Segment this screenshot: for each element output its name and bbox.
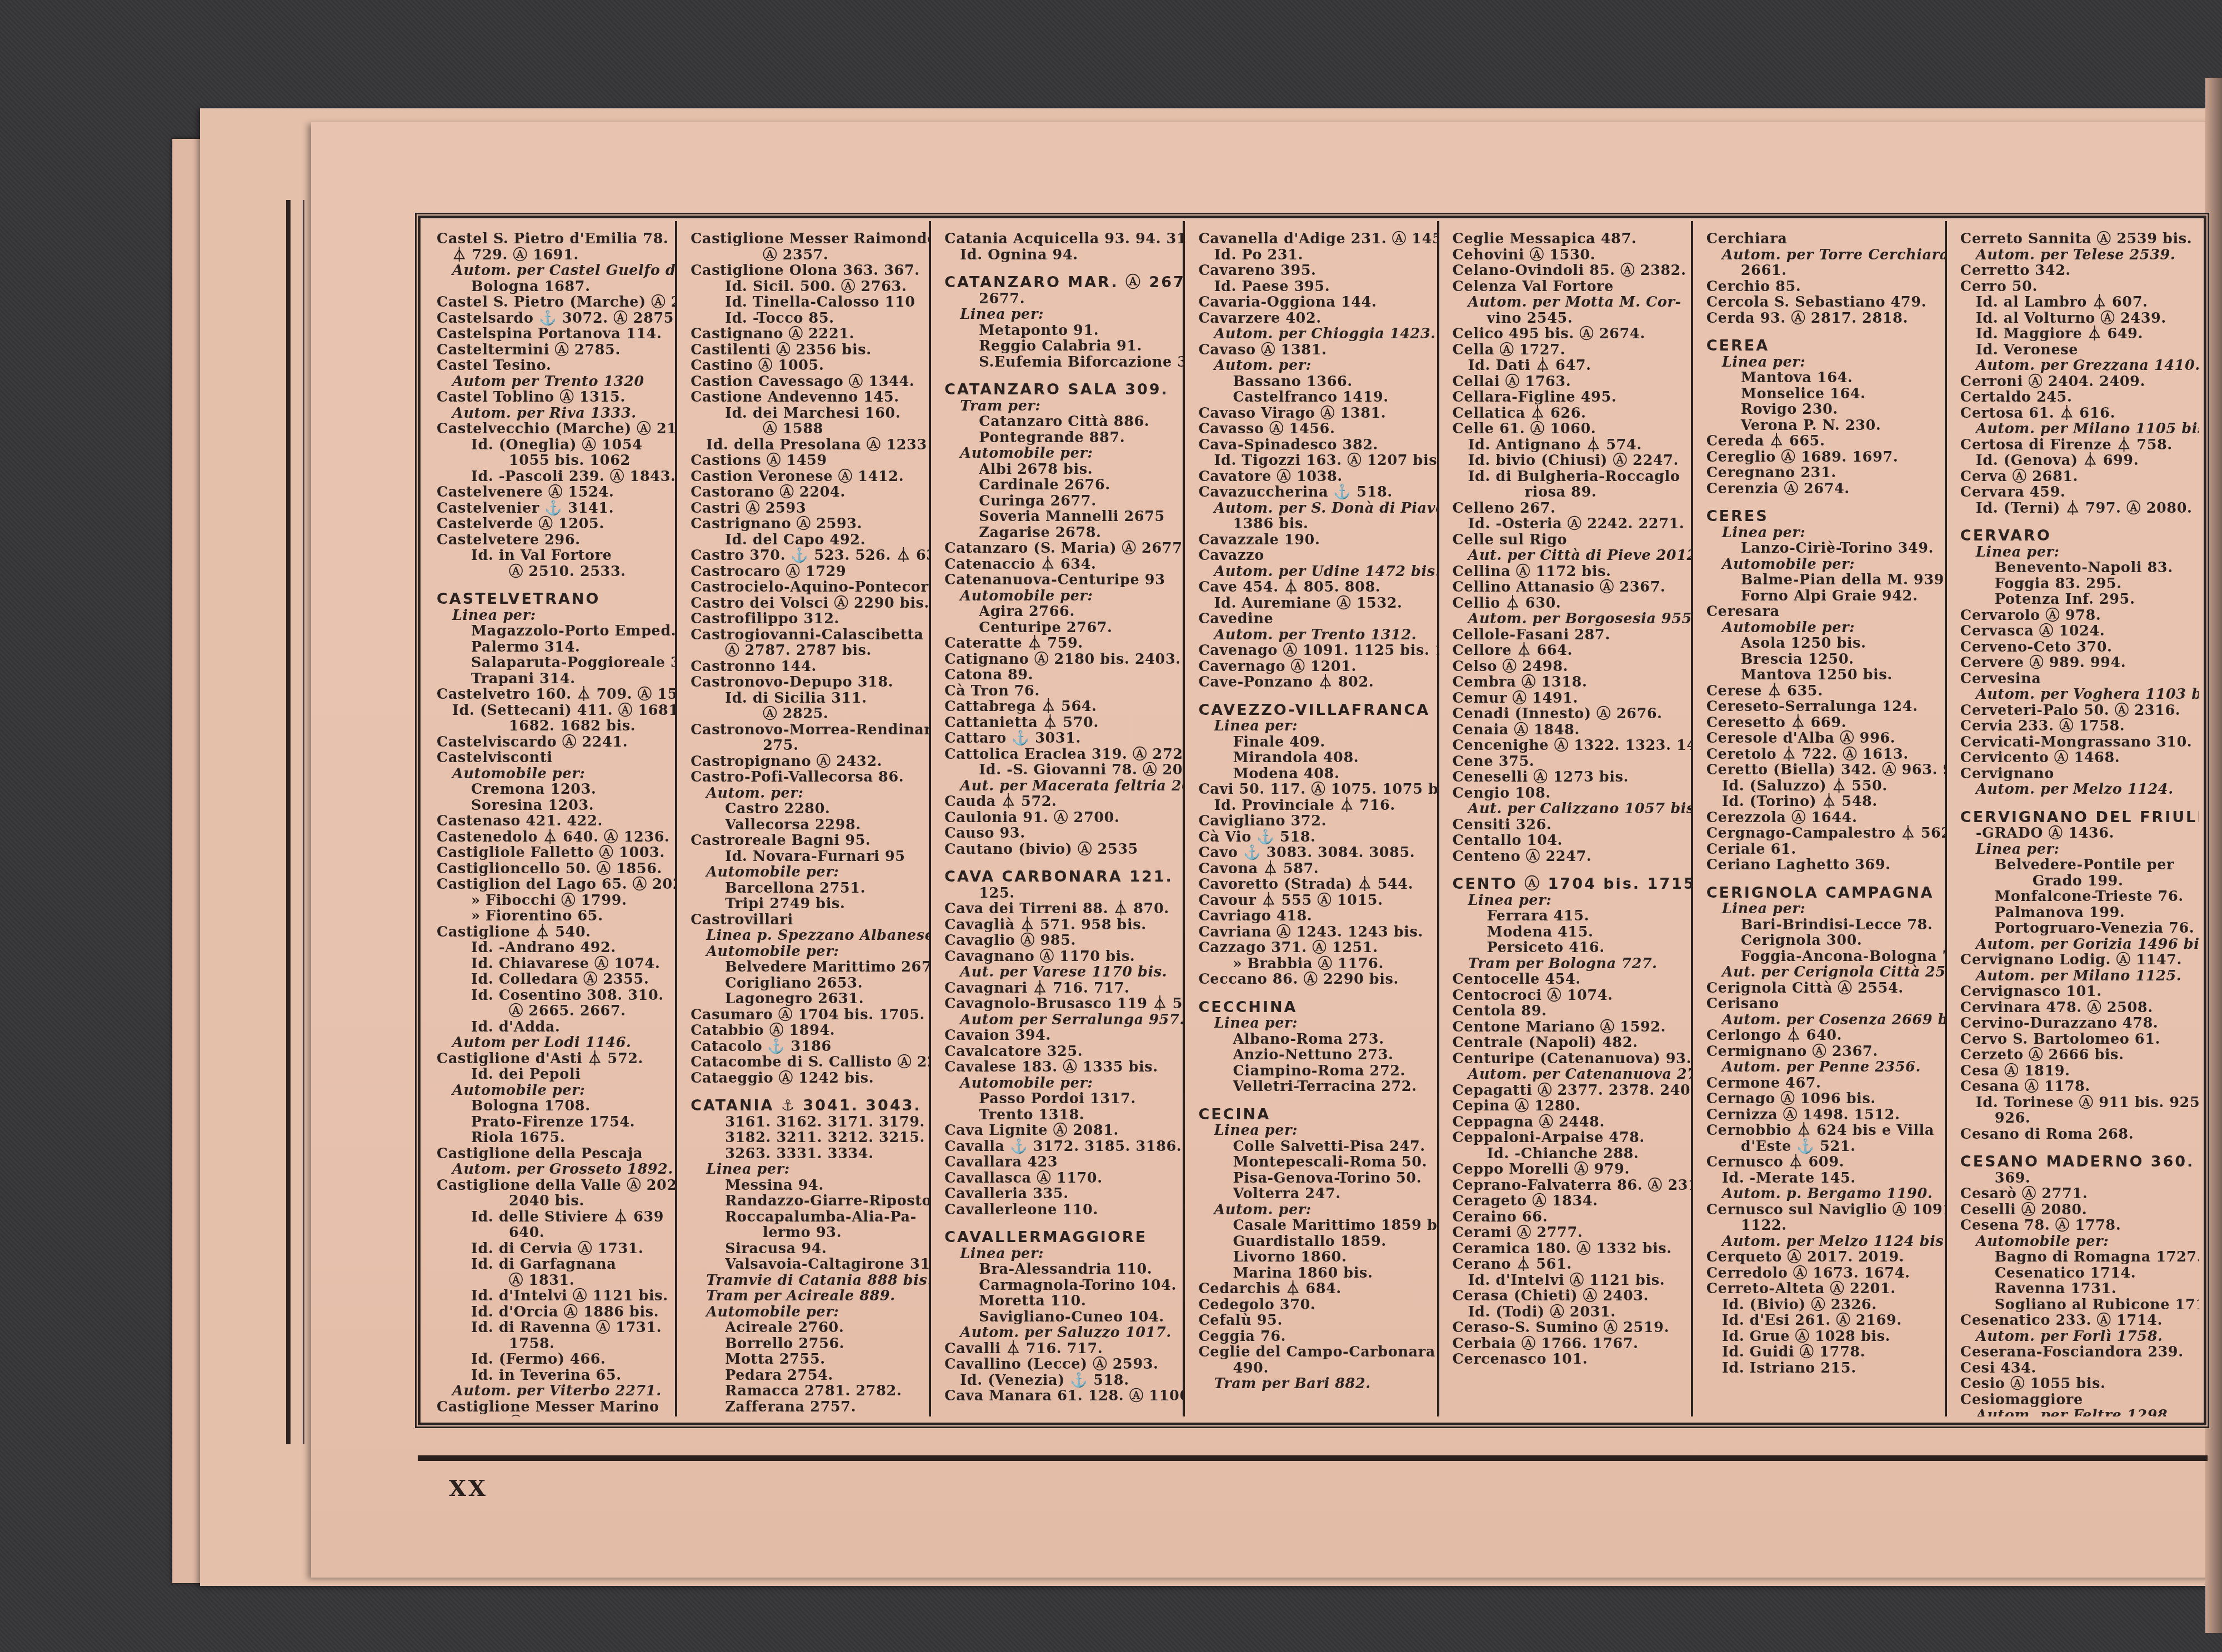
index-entry: Pontegrande 887. [944,430,1177,446]
index-entry: Cesiomaggiore [1960,1392,2193,1408]
index-entry: Automobile per: [437,1083,669,1099]
index-entry: Id. dei Marchesi 160. [690,406,923,422]
index-column-7: Cerreto Sannita Ⓐ 2539 bis.Autom. per Te… [1947,221,2199,1416]
index-section-heading: CAVA CARBONARA 121. [944,869,1177,885]
index-entry: Cava Lignite Ⓐ 2081. [944,1123,1177,1139]
index-entry: Id. (Genova) ⏃ 699. [1960,453,2193,469]
index-entry: Prato-Firenze 1754. [437,1114,669,1130]
index-entry: Anzio-Nettuno 273. [1198,1047,1431,1063]
index-section-heading: CASTELVETRANO [437,592,669,608]
index-entry: Monfalcone-Trieste 76. [1960,889,2193,905]
index-entry: Bagno di Romagna 1727. [1960,1249,2193,1265]
index-entry: Autom per Trento 1320 [437,374,669,390]
index-entry: Cavalla ⚓ 3172. 3185. 3186. 3243. [944,1139,1177,1155]
index-entry: Cavazzale 190. [1198,532,1431,548]
index-entry: Castilenti Ⓐ 2356 bis. [690,342,923,358]
index-entry: Celso Ⓐ 2498. [1453,659,1685,675]
index-entry: Asola 1250 bis. [1706,635,1939,652]
index-entry: Cerro 50. [1960,279,2193,295]
index-entry: Automobile per: [1706,557,1939,573]
index-entry: Autom. per Milano 1105 bis. [1960,421,2193,437]
index-entry: Cavenago Ⓐ 1091. 1125 bis. 1133. [1198,643,1431,659]
index-entry: Ⓐ 1831. [437,1273,669,1289]
index-entry: Cerese ⏃ 635. [1706,683,1939,699]
index-section-heading: CATANZARO SALA 309. [944,382,1177,398]
index-entry: Castino Ⓐ 1005. [690,358,923,374]
index-entry: Cengio 108. [1453,785,1685,802]
index-entry: Cervara 459. [1960,484,2193,500]
index-entry: Castro 2280. [690,801,923,817]
index-entry: Certosa di Firenze ⏃ 758. [1960,437,2193,453]
index-entry: Cefalù 95. [1198,1313,1431,1329]
index-entry: Valsavoia-Caltagirone 315 [690,1256,923,1273]
index-entry: Cellio ⏃ 630. [1453,595,1685,612]
index-entry: Linea per: [1198,718,1431,734]
index-entry: Cellole-Fasani 287. [1453,627,1685,643]
index-entry: Cerasa (Chieti) Ⓐ 2403. [1453,1288,1685,1304]
index-entry: Autom. per Penne 2356. [1706,1059,1939,1075]
index-entry: Id. (Oneglia) Ⓐ 1054 [437,437,669,453]
index-entry: Cavanella d'Adige 231. Ⓐ 1451. [1198,231,1431,247]
index-entry: Castiglione Messer Raimondo [690,231,923,247]
index-entry: Id. d'Intelvi Ⓐ 1121 bis. [1453,1273,1685,1289]
index-column-4: Cavanella d'Adige 231. Ⓐ 1451.Id. Po 231… [1185,221,1439,1416]
index-entry: Castiglione Olona 363. 367. [690,263,923,279]
index-entry: Castenaso 421. 422. [437,813,669,829]
index-entry: Motta 2755. [690,1351,923,1368]
index-entry: Cavriago 418. [1198,908,1431,924]
index-entry: Messina 94. [690,1178,923,1194]
index-entry: Castelvisconti [437,750,669,766]
index-entry: Cesio Ⓐ 1055 bis. [1960,1376,2193,1392]
index-entry: Benevento-Napoli 83. [1960,560,2193,576]
index-entry: Bari-Brindisi-Lecce 78. [1706,917,1939,933]
index-entry: Cerva Ⓐ 2681. [1960,469,2193,485]
index-section-heading: CAVALLERMAGGIORE [944,1230,1177,1246]
index-entry: Autom per Serralunga 957. [944,1012,1177,1028]
index-entry: Passo Pordoi 1317. [944,1091,1177,1107]
index-entry: Castenedolo ⏃ 640. Ⓐ 1236. [437,829,669,845]
index-entry: Autom. per Gorizia 1496 bis. [1960,937,2193,953]
index-entry: Cavallasca Ⓐ 1170. [944,1170,1177,1187]
index-entry: Ⓐ 2787. 2787 bis. [690,643,923,659]
book-spine-edge [2205,78,2222,1633]
index-entry: Castrocielo-Aquino-Pontecorvo 86. [690,579,923,595]
index-column-2: Castiglione Messer RaimondoⒶ 2357.Castig… [677,221,931,1416]
index-section-heading: CECCHINA [1198,1000,1431,1016]
index-entry: Cesi 434. [1960,1360,2193,1376]
index-entry: Cermone 467. [1706,1075,1939,1092]
index-column-3: Catania Acquicella 93. 94. 315.Id. Ognin… [931,221,1185,1416]
index-entry: Cesenatico 233. Ⓐ 1714. [1960,1313,2193,1329]
index-entry: Id. al Volturno Ⓐ 2439. [1960,311,2193,327]
index-entry: Cattabrega ⏃ 564. [944,699,1177,715]
index-entry: Cavaglio Ⓐ 985. [944,933,1177,949]
index-entry: Cervasca Ⓐ 1024. [1960,623,2193,639]
index-entry: Belvedere Marittimo 2673. [690,959,923,975]
index-entry: Cavaso Virago Ⓐ 1381. [1198,406,1431,422]
index-entry: Casale Marittimo 1859 bis. [1198,1218,1431,1234]
index-entry: Soresina 1203. [437,798,669,814]
index-entry: Celenza Val Fortore [1453,279,1685,295]
index-entry: Forno Alpi Graie 942. [1706,588,1939,604]
index-entry: Cerezzola Ⓐ 1644. [1706,810,1939,826]
index-entry: Ferrara 415. [1453,908,1685,924]
index-entry: 3161. 3162. 3171. 3179. 3181. [690,1114,923,1130]
index-entry: Bra-Alessandria 110. [944,1261,1177,1278]
index-entry: Cavo ⚓ 3083. 3084. 3085. [1198,845,1431,861]
index-entry: Cava-Spinadesco 382. [1198,437,1431,453]
index-entry: Cernusco ⏃ 609. [1706,1154,1939,1170]
index-column-6: CerchiaraAutom. per Torre Cerchiara2661.… [1693,221,1947,1416]
index-entry: Automobile per: [690,864,923,880]
index-entry: Linea per: [1706,525,1939,541]
index-entry: Ⓐ 1588 [690,421,923,437]
index-entry: Ceppaloni-Arpaise 478. [1453,1130,1685,1146]
index-entry: Automobile per: [690,944,923,960]
index-entry: Marina 1860 bis. [1198,1265,1431,1281]
index-entry: Celle sul Rigo [1453,532,1685,548]
index-entry: -GRADO Ⓐ 1436. [1960,825,2193,842]
index-entry: » Fiorentino 65. [437,908,669,924]
index-entry: Autom. per: [690,785,923,802]
index-entry: Castrofilippo 312. [690,611,923,627]
index-entry: Catignano Ⓐ 2180 bis. 2403. [944,652,1177,668]
index-entry: Centola 89. [1453,1003,1685,1019]
index-entry: Id. d'Intelvi Ⓐ 1121 bis. [437,1288,669,1304]
index-entry: Castrovillari [690,912,923,928]
index-entry: Linea per: [1960,544,2193,560]
index-entry: Id. Sicil. 500. Ⓐ 2763. [690,279,923,295]
index-entry: Castel S. Pietro d'Emilia 78. [437,231,669,247]
index-entry: Tram per Bari 882. [1198,1376,1431,1392]
index-entry: Cerveteri-Palo 50. Ⓐ 2316. [1960,703,2193,719]
index-section-heading: CATANIA ⚓ 3041. 3043. 3062. [690,1098,923,1114]
bottom-rule [418,1455,2208,1461]
index-entry: Cellara-Figline 495. [1453,389,1685,406]
index-entry: Castro 370. ⚓ 523. 526. ⏃ 638. 643. [690,548,923,564]
index-section-heading: CECINA [1198,1107,1431,1123]
index-entry: Celle 61. Ⓐ 1060. [1453,421,1685,437]
index-entry: Cesenatico 1714. [1960,1265,2193,1281]
index-entry: Id. Colledara Ⓐ 2355. [437,972,669,988]
index-entry: Ⓐ 2825. [690,706,923,722]
index-entry: Id. in Teverina 65. [437,1368,669,1384]
index-entry: Centocelle 454. [1453,972,1685,988]
index-entry: S.Eufemia Biforcazione 309 [944,354,1177,371]
index-entry: Cercola S. Sebastiano 479. [1706,294,1939,311]
index-entry: Acireale 2760. [690,1320,923,1336]
index-entry: Cepagatti Ⓐ 2377. 2378. 2403. [1453,1083,1685,1099]
index-entry: Castro-Pofi-Vallecorsa 86. [690,769,923,785]
index-entry: Castiglione ⏃ 540. [437,924,669,940]
index-entry: Colle Salvetti-Pisa 247. [1198,1139,1431,1155]
index-entry: Velletri-Terracina 272. [1198,1079,1431,1095]
index-entry: Cavareno 395. [1198,263,1431,279]
index-entry: Celleno 267. [1453,500,1685,517]
index-entry: Centuripe (Catenanuova) 93. [1453,1051,1685,1067]
index-entry: Id. di Garfagnana [437,1256,669,1273]
index-entry: Cavaria-Oggiona 144. [1198,294,1431,311]
index-entry: Ⓐ 2510. 2533. [437,564,669,580]
index-entry: Mantova 1250 bis. [1706,667,1939,683]
index-entry: Cervino-Durazzano 478. [1960,1015,2193,1032]
index-entry: Castelvetere 296. [437,532,669,548]
index-entry: Cavriana Ⓐ 1243. 1243 bis. [1198,924,1431,940]
index-entry: Cemur Ⓐ 1491. [1453,690,1685,707]
index-entry: Linea per: [1706,901,1939,917]
index-entry: Linea per: [1960,842,2193,858]
index-entry: Cerretto 342. [1960,263,2193,279]
index-entry: Castions Ⓐ 1459 [690,453,923,469]
index-entry: Cerlongo ⏃ 640. [1706,1028,1939,1044]
index-section-heading: CENTO Ⓐ 1704 bis. 1715. [1453,877,1685,893]
index-entry: Id. del Capo 492. [690,532,923,548]
index-entry: Ceretolo ⏃ 722. Ⓐ 1613. [1706,747,1939,763]
index-entry: Cerroni Ⓐ 2404. 2409. [1960,374,2193,390]
index-entry: Cernusco sul Naviglio Ⓐ 1091. [1706,1202,1939,1218]
index-entry: Cervignano [1960,766,2193,782]
index-entry: Castro dei Volsci Ⓐ 2290 bis. [690,595,923,612]
index-entry: Metaponto 91. [944,323,1177,339]
index-entry: Catania Acquicella 93. 94. 315. [944,231,1177,247]
previous-page-border-rule [286,200,291,1444]
index-entry: Ⓐ 2357. [690,247,923,263]
previous-page-border-rule-thin [303,200,304,1444]
index-entry: Id. -Merate 145. [1706,1170,1939,1187]
index-entry: Id. delle Stiviere ⏃ 639 [437,1209,669,1225]
index-entry: Zagarise 2678. [944,525,1177,541]
index-entry: Volterra 247. [1198,1186,1431,1202]
index-entry: Automobile per: [690,1304,923,1320]
index-entry: Bologna 1708. [437,1098,669,1114]
index-entry: Id. Tigozzi 163. Ⓐ 1207 bis. [1198,453,1431,469]
index-entry: Cerreto Sannita Ⓐ 2539 bis. [1960,231,2193,247]
index-entry: Id. Cosentino 308. 310. [437,988,669,1004]
index-entry: 275. [690,738,923,754]
index-entry: Ceprano-Falvaterra 86. Ⓐ 2314 [1453,1178,1685,1194]
index-entry: Cervicento Ⓐ 1468. [1960,750,2193,766]
index-entry: Corigliano 2653. [690,975,923,992]
index-entry: Trento 1318. [944,1107,1177,1123]
index-entry: Autom. per Grosseto 1892. [437,1162,669,1178]
index-entry: Catacolo ⚓ 3186 [690,1039,923,1055]
index-entry: 3182. 3211. 3212. 3215. 3242. [690,1130,923,1146]
index-entry: Cenadi (Innesto) Ⓐ 2676. [1453,706,1685,722]
index-entry: Cavagnari ⏃ 716. 717. [944,980,1177,997]
index-entry: Id. Istriano 215. [1706,1360,1939,1376]
index-entry: Tramvie di Catania 888 bis. [690,1273,923,1289]
index-entry: Cervignasco 101. [1960,984,2193,1000]
index-entry: Cavazuccherina ⚓ 518. [1198,484,1431,500]
index-entry: Castelvenier ⚓ 3141. [437,500,669,517]
index-entry: Cerveno-Ceto 370. [1960,639,2193,655]
index-entry: 1055 bis. 1062 [437,453,669,469]
index-entry: Ciampino-Roma 272. [1198,1063,1431,1079]
index-entry: » Fibocchi Ⓐ 1799. [437,893,669,909]
index-entry: Autom. per Trento 1312. [1198,627,1431,643]
index-entry: Tripi 2749 bis. [690,896,923,912]
index-entry: Cavaso Ⓐ 1381. [1198,342,1431,358]
index-entry: Cavasso Ⓐ 1456. [1198,421,1431,437]
index-entry: Ceserana-Fosciandora 239. [1960,1344,2193,1360]
index-entry: Bologna 1687. [437,279,669,295]
index-entry: Foggia-Ancona-Bologna 78 [1706,949,1939,965]
index-entry: Id. di Ravenna Ⓐ 1731. [437,1320,669,1336]
index-entry: Tram per: [944,398,1177,414]
index-entry: 926. [1960,1110,2193,1127]
index-entry: Autom. per Voghera 1103 bis. [1960,687,2193,703]
index-entry: Catanzaro (S. Maria) Ⓐ 2677. [944,540,1177,557]
index-entry: Id. Veronese [1960,342,2193,358]
index-entry: Cavagnano Ⓐ 1170 bis. [944,949,1177,965]
index-entry: Trapani 314. [437,671,669,687]
index-entry: Autom. per Castel Guelfo di [437,263,669,279]
index-entry: Linea per: [944,307,1177,323]
index-entry: Autom. per Feltre 1298. [1960,1408,2193,1416]
index-column-5: Ceglie Messapica 487.Cehovini Ⓐ 1530.Cel… [1439,221,1693,1416]
index-entry: Aut. per Calizzano 1057 bis. [1453,801,1685,817]
index-section-heading: CERVARO [1960,528,2193,544]
index-entry: Ceregnano 231. [1706,465,1939,481]
index-entry: Albi 2678 bis. [944,462,1177,478]
index-entry: Cerqueto Ⓐ 2017. 2019. [1706,1249,1939,1265]
index-entry: 2677. [944,291,1177,307]
index-entry: Certosa 61. ⏃ 616. [1960,406,2193,422]
index-entry: Cereseto-Serralunga 124. [1706,699,1939,715]
index-entry: Cave-Ponzano ⏃ 802. [1198,674,1431,690]
index-entry: Lanzo-Ciriè-Torino 349. [1706,540,1939,557]
index-entry: Cerzeto Ⓐ 2666 bis. [1960,1047,2193,1063]
index-entry: Monselice 164. [1706,386,1939,402]
index-entry: Id. di Cervia Ⓐ 1731. [437,1241,669,1257]
index-entry: lermo 93. [690,1225,923,1241]
index-entry: Castion Cavessago Ⓐ 1344. [690,374,923,390]
index-entry: Centrale (Napoli) 482. [1453,1035,1685,1051]
index-entry: Id. (Saluzzo) ⏃ 550. [1706,778,1939,794]
index-entry: Autom. per Udine 1472 bis. [1198,564,1431,580]
index-entry: Cepina Ⓐ 1280. [1453,1098,1685,1114]
index-entry: Cerredolo Ⓐ 1673. 1674. [1706,1265,1939,1281]
index-entry: Castropignano Ⓐ 2432. [690,754,923,770]
index-entry: Autom. per Milano 1125. [1960,968,2193,984]
index-entry: Automobile per: [1706,620,1939,636]
index-entry: Cergnago-Campalestro ⏃ 562. [1706,825,1939,842]
index-entry: Grado 199. [1960,873,2193,889]
index-entry: Finale 409. [1198,734,1431,750]
index-entry: Cava Manara 61. 128. Ⓐ 1100 bis. [944,1388,1177,1404]
index-entry: Autom. per Cosenza 2669 bis. [1706,1012,1939,1028]
index-entry: Aut. per Cerignola Città 2554. [1706,964,1939,980]
index-entry: Carmagnola-Torino 104. [944,1278,1177,1294]
index-entry: Cenaia Ⓐ 1848. [1453,722,1685,738]
index-entry: 1386 bis. [1198,516,1431,532]
index-entry: Cavernago Ⓐ 1201. [1198,659,1431,675]
index-entry: Id. al Lambro ⏃ 607. [1960,294,2193,311]
index-entry: Castri Ⓐ 2593 [690,500,923,517]
index-entry: Soveria Mannelli 2675 [944,509,1177,525]
index-entry: Lagonegro 2631. [690,991,923,1007]
index-entry: Cellore ⏃ 664. [1453,643,1685,659]
index-entry: Verona P. N. 230. [1706,418,1939,434]
index-entry: Ceretto (Biella) 342. Ⓐ 963. 968. [1706,762,1939,778]
index-entry: Cataeggio Ⓐ 1242 bis. [690,1070,923,1087]
index-entry: Rovigo 230. [1706,402,1939,418]
index-entry: 3263. 3331. 3334. [690,1146,923,1162]
index-entry: Cervesina [1960,671,2193,687]
index-entry: Castronovo-Depupo 318. [690,674,923,690]
index-entry: Linea per: [1198,1123,1431,1139]
index-entry: Autom. per Telese 2539. [1960,247,2193,263]
index-entry: Castrogiovanni-Calascibetta 93. [690,627,923,643]
index-entry: Palermo 314. [437,639,669,655]
index-entry: 490. [1198,1360,1431,1376]
index-entry: Castion Veronese Ⓐ 1412. [690,469,923,485]
index-entry: Sogliano al Rubicone 1715. [1960,1297,2193,1313]
index-entry: Id. Guidi Ⓐ 1778. [1706,1344,1939,1360]
index-entry: Ceresara [1706,604,1939,620]
index-entry: Castiglione Messer Marino [437,1399,669,1415]
index-entry: Id. (Todi) Ⓐ 2031. [1453,1304,1685,1320]
index-entry: Roccapalumba-Alia-Pa- [690,1209,923,1225]
index-entry: ⏃ 729. Ⓐ 1691. [437,247,669,263]
index-entry: Catabbio Ⓐ 1894. [690,1023,923,1039]
index-entry: 1122. [1706,1218,1939,1234]
index-entry: Cermignano Ⓐ 2367. [1706,1044,1939,1060]
index-entry: Catanzaro Città 886. [944,414,1177,430]
index-entry: riosa 89. [1453,484,1685,500]
index-entry: Id. -S. Giovanni 78. Ⓐ 2098 [944,762,1177,778]
index-entry: Cerignola 300. [1706,933,1939,949]
index-section-heading: CAVEZZO-VILLAFRANCA [1198,703,1431,719]
index-entry: Cerreto-Alteta Ⓐ 2201. [1706,1281,1939,1297]
index-entry: Mirandola 408. [1198,750,1431,766]
index-entry: Id. -Tocco 85. [690,311,923,327]
index-entry: Cesarò Ⓐ 2771. [1960,1186,2193,1202]
index-entry: Cencenighe Ⓐ 1322. 1323. 1481. [1453,738,1685,754]
index-entry: Autom. p. Bergamo 1190. [1706,1186,1939,1202]
index-entry: Cerami Ⓐ 2777. [1453,1225,1685,1241]
index-entry: Id. di Bulgheria-Roccaglo [1453,469,1685,485]
index-entry: Id. della Presolana Ⓐ 1233 [690,437,923,453]
index-entry: Cavaglià ⏃ 571. 958 bis. [944,917,1177,933]
index-entry: Cavallara 423 [944,1154,1177,1170]
index-entry: Cavagnolo-Brusasco 119 ⏃ 540. [944,996,1177,1012]
index-entry: Cene 375. [1453,754,1685,770]
index-entry: Linea per: [437,608,669,624]
index-entry: Ceggia 76. [1198,1329,1431,1345]
index-entry: Id. Ognina 94. [944,247,1177,263]
index-entry: Cà Vio ⚓ 518. [1198,829,1431,845]
index-entry: Cazzago 371. Ⓐ 1251. [1198,940,1431,956]
index-entry: Cellina Ⓐ 1172 bis. [1453,564,1685,580]
index-entry: Cavallerleone 110. [944,1202,1177,1218]
index-entry: Automobile per: [944,445,1177,462]
index-entry: Autom. per Grezzana 1410. [1960,358,2193,374]
index-entry: Cerageto Ⓐ 1834. [1453,1193,1685,1209]
index-entry: Ceccano 86. Ⓐ 2290 bis. [1198,972,1431,988]
index-entry: Cauda ⏃ 572. [944,794,1177,810]
index-entry: Ceselli Ⓐ 2080. [1960,1202,2193,1218]
index-entry: Cavalli ⏃ 716. 717. [944,1341,1177,1357]
index-section-heading: CERIGNOLA CAMPAGNA [1706,885,1939,902]
index-entry: Id. -Andrano 492. [437,940,669,956]
index-entry: Linea per: [1453,893,1685,909]
index-entry: Id. di Sicilia 311. [690,690,923,707]
index-entry: Autom. per Riva 1333. [437,406,669,422]
index-entry: Cernago Ⓐ 1096 bis. [1706,1091,1939,1107]
index-entry: Cereda ⏃ 665. [1706,433,1939,449]
